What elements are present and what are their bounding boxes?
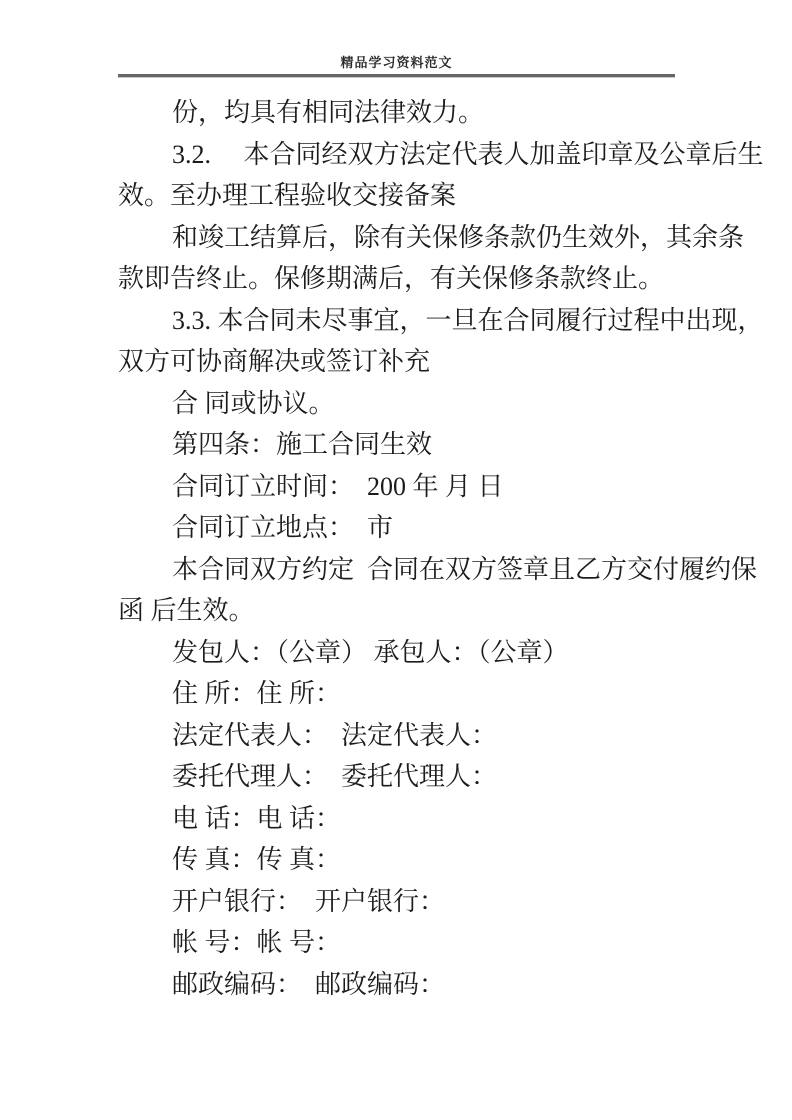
header-rule-divider xyxy=(118,74,675,78)
page-header-title: 精品学习资料范文 xyxy=(118,52,675,71)
document-line: 函 后生效。 xyxy=(118,590,680,632)
document-body: 份，均具有相同法律效力。3.2. 本合同经双方法定代表人加盖印章及公章后生效。至… xyxy=(118,92,680,1005)
document-line: 传 真：传 真： xyxy=(118,839,680,881)
document-line: 开户银行： 开户银行： xyxy=(118,881,680,923)
document-line: 和竣工结算后，除有关保修条款仍生效外，其余条 xyxy=(118,217,680,259)
document-line: 第四条：施工合同生效 xyxy=(118,424,680,466)
document-line: 合同订立时间： 200 年 月 日 xyxy=(118,466,680,508)
document-line: 住 所：住 所： xyxy=(118,673,680,715)
document-page: 精品学习资料范文 份，均具有相同法律效力。3.2. 本合同经双方法定代表人加盖印… xyxy=(0,0,792,1120)
document-line: 款即告终止。保修期满后，有关保修条款终止。 xyxy=(118,258,680,300)
document-line: 邮政编码： 邮政编码： xyxy=(118,964,680,1006)
document-line: 法定代表人： 法定代表人： xyxy=(118,715,680,757)
document-line: 效。至办理工程验收交接备案 xyxy=(118,175,680,217)
document-line: 合 同或协议。 xyxy=(118,383,680,425)
document-line: 3.2. 本合同经双方法定代表人加盖印章及公章后生 xyxy=(118,134,680,176)
document-line: 份，均具有相同法律效力。 xyxy=(118,92,680,134)
document-line: 委托代理人： 委托代理人： xyxy=(118,756,680,798)
document-line: 电 话：电 话： xyxy=(118,798,680,840)
document-line: 发包人：（公章） 承包人：（公章） xyxy=(118,632,680,674)
document-line: 本合同双方约定 合同在双方签章且乙方交付履约保 xyxy=(118,549,680,591)
document-line: 合同订立地点： 市 xyxy=(118,507,680,549)
document-line: 3.3. 本合同未尽事宜，一旦在合同履行过程中出现， xyxy=(118,300,680,342)
document-line: 帐 号：帐 号： xyxy=(118,922,680,964)
document-line: 双方可协商解决或签订补充 xyxy=(118,341,680,383)
